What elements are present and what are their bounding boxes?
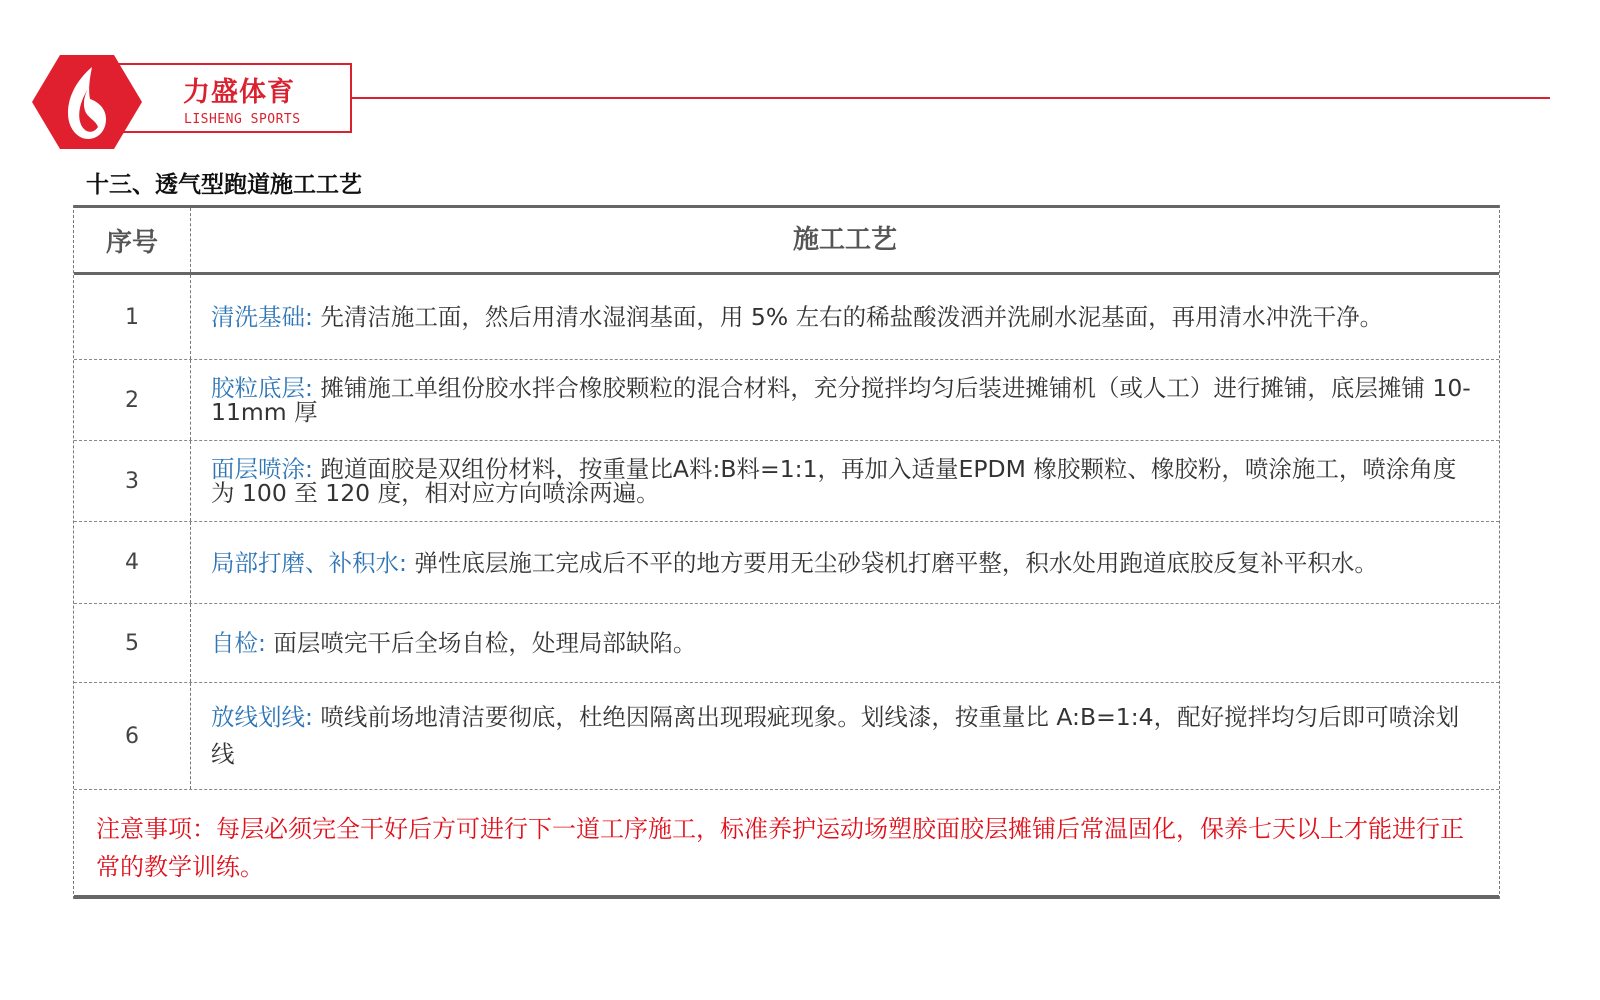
brand-name-cn: 力盛体育 (183, 70, 295, 109)
step-text: 跑道面胶是双组份材料，按重量比A料:B料=1:1，再加入适量EPDM 橡胶颗粒、… (211, 455, 1456, 507)
row-description: 清洗基础: 先清洁施工面，然后用清水湿润基面，用 5% 左右的稀盐酸泼洒并洗刷水… (191, 275, 1499, 359)
table-row: 6 放线划线: 喷线前场地清洁要彻底，杜绝因隔离出现瑕疵现象。划线漆，按重量比 … (74, 683, 1499, 790)
header-no: 序号 (74, 208, 191, 272)
step-text: 摊铺施工单组份胶水拌合橡胶颗粒的混合材料，充分搅拌均匀后装进摊铺机（或人工）进行… (211, 374, 1471, 426)
flame-hexagon-logo-icon (32, 55, 142, 149)
row-description: 胶粒底层: 摊铺施工单组份胶水拌合橡胶颗粒的混合材料，充分搅拌均匀后装进摊铺机（… (191, 360, 1499, 440)
row-number: 3 (74, 441, 191, 521)
step-term: 清洗基础 (211, 303, 305, 331)
header-divider (352, 97, 1550, 99)
row-number: 1 (74, 275, 191, 359)
step-text: 喷线前场地清洁要彻底，杜绝因隔离出现瑕疵现象。划线漆，按重量比 A:B=1:4，… (211, 703, 1459, 768)
row-number: 5 (74, 604, 191, 682)
step-term: 自检 (211, 629, 258, 657)
step-text: 面层喷完干后全场自检，处理局部缺陷。 (273, 629, 696, 657)
table-row: 3 面层喷涂: 跑道面胶是双组份材料，按重量比A料:B料=1:1，再加入适量EP… (74, 441, 1499, 522)
row-number: 2 (74, 360, 191, 440)
process-table: 序号 施工工艺 1 清洗基础: 先清洁施工面，然后用清水湿润基面，用 5% 左右… (73, 205, 1500, 899)
header-process: 施工工艺 (191, 208, 1499, 272)
row-description: 自检: 面层喷完干后全场自检，处理局部缺陷。 (191, 604, 1499, 682)
row-number: 4 (74, 522, 191, 603)
brand-name-en: LISHENG SPORTS (184, 112, 301, 127)
row-description: 放线划线: 喷线前场地清洁要彻底，杜绝因隔离出现瑕疵现象。划线漆，按重量比 A:… (191, 683, 1499, 789)
step-term: 放线划线 (211, 703, 305, 731)
table-row: 2 胶粒底层: 摊铺施工单组份胶水拌合橡胶颗粒的混合材料，充分搅拌均匀后装进摊铺… (74, 360, 1499, 441)
table-row: 1 清洗基础: 先清洁施工面，然后用清水湿润基面，用 5% 左右的稀盐酸泼洒并洗… (74, 275, 1499, 360)
step-text: 先清洁施工面，然后用清水湿润基面，用 5% 左右的稀盐酸泼洒并洗刷水泥基面，再用… (320, 303, 1383, 331)
step-text: 弹性底层施工完成后不平的地方要用无尘砂袋机打磨平整，积水处用跑道底胶反复补平积水… (414, 549, 1378, 577)
caution-note: 注意事项：每层必须完全干好后方可进行下一道工序施工，标准养护运动场塑胶面胶层摊铺… (74, 790, 1499, 899)
table-row: 4 局部打磨、补积水: 弹性底层施工完成后不平的地方要用无尘砂袋机打磨平整，积水… (74, 522, 1499, 604)
row-description: 局部打磨、补积水: 弹性底层施工完成后不平的地方要用无尘砂袋机打磨平整，积水处用… (191, 522, 1499, 603)
table-row: 5 自检: 面层喷完干后全场自检，处理局部缺陷。 (74, 604, 1499, 683)
table-header-row: 序号 施工工艺 (74, 205, 1499, 275)
row-number: 6 (74, 683, 191, 789)
step-term: 局部打磨、补积水 (211, 549, 399, 577)
section-title: 十三、透气型跑道施工工艺 (86, 166, 362, 199)
row-description: 面层喷涂: 跑道面胶是双组份材料，按重量比A料:B料=1:1，再加入适量EPDM… (191, 441, 1499, 521)
